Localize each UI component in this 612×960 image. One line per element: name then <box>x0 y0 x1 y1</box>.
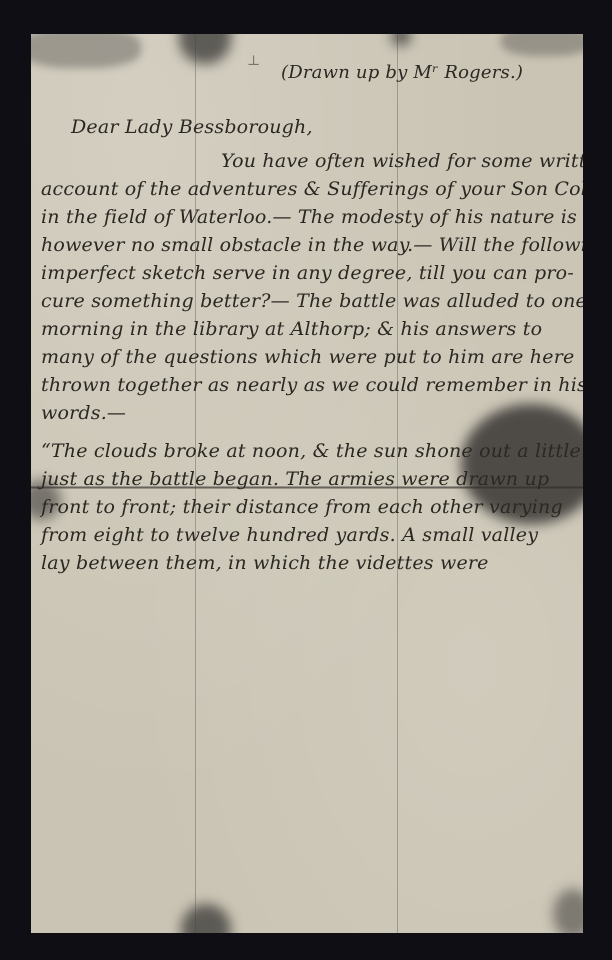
text-line: morning in the library at Althorp; & his… <box>41 320 542 339</box>
text-line: lay between them, in which the videttes … <box>41 554 489 573</box>
text-line: cure something better?— The battle was a… <box>41 292 583 311</box>
text-line: in the field of Waterloo.— The modesty o… <box>41 208 577 227</box>
text-line: from eight to twelve hundred yards. A sm… <box>41 526 538 545</box>
text-line: however no small obstacle in the way.— W… <box>41 236 583 255</box>
text-line: many of the questions which were put to … <box>41 348 574 367</box>
text-line: account of the adventures & Sufferings o… <box>41 180 583 199</box>
edge-wear-top-left <box>31 34 141 68</box>
edge-wear-top-right <box>501 34 583 56</box>
text-line: words.— <box>41 404 126 423</box>
ink-stain-top <box>179 34 231 64</box>
text-line: just as the battle began. The armies wer… <box>41 470 549 489</box>
text-line: imperfect sketch serve in any degree, ti… <box>41 264 574 283</box>
letter-page: ⊥ (Drawn up by Mʳ Rogers.) Dear Lady Bes… <box>31 34 583 933</box>
text-line: You have often wished for some written <box>221 152 583 171</box>
text-line: front to front; their distance from each… <box>41 498 563 517</box>
salutation: Dear Lady Bessborough, <box>71 118 313 137</box>
ink-stain-bottom <box>181 904 231 933</box>
document-heading: (Drawn up by Mʳ Rogers.) <box>281 64 523 82</box>
ink-stain-bottom-right <box>553 889 583 933</box>
ink-stain-top-small <box>391 34 411 46</box>
margin-mark: ⊥ <box>247 54 260 68</box>
image-viewer: ⊥ (Drawn up by Mʳ Rogers.) Dear Lady Bes… <box>0 0 612 960</box>
text-line: “The clouds broke at noon, & the sun sho… <box>41 442 581 461</box>
text-line: thrown together as nearly as we could re… <box>41 376 583 395</box>
